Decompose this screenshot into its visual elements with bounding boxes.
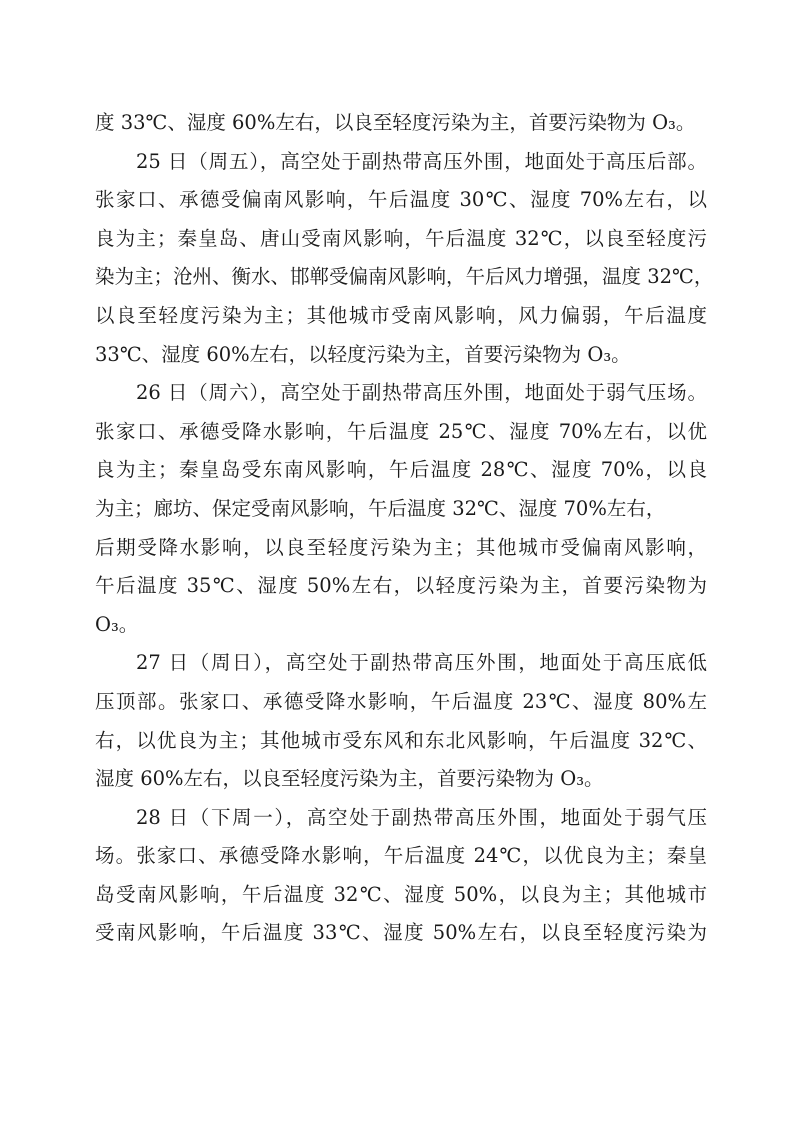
document-page: 度 33℃、湿度 60%左右，以良至轻度污染为主，首要污染物为 O₃。 25 日… (0, 0, 793, 1122)
text-line: 度 33℃、湿度 60%左右，以良至轻度污染为主，首要污染物为 O₃。 (95, 104, 707, 143)
text-line: 27 日（周日），高空处于副热带高压外围，地面处于高压底低 (95, 644, 707, 683)
text-line: 28 日（下周一），高空处于副热带高压外围，地面处于弱气压 (95, 799, 707, 838)
text-line: 良为主；秦皇岛、唐山受南风影响，午后温度 32℃，以良至轻度污 (95, 220, 707, 259)
paragraph-day-28: 28 日（下周一），高空处于副热带高压外围，地面处于弱气压 场。张家口、承德受降… (95, 799, 707, 953)
text-line: 张家口、承德受降水影响，午后温度 25℃、湿度 70%左右，以优 (95, 413, 707, 452)
text-line: 受南风影响，午后温度 33℃、湿度 50%左右，以良至轻度污染为 (95, 914, 707, 953)
text-line: 以良至轻度污染为主；其他城市受南风影响，风力偏弱，午后温度 (95, 297, 707, 336)
paragraph-day-26: 26 日（周六），高空处于副热带高压外围，地面处于弱气压场。 张家口、承德受降水… (95, 374, 707, 644)
paragraph-day-25: 25 日（周五），高空处于副热带高压外围，地面处于高压后部。 张家口、承德受偏南… (95, 143, 707, 375)
text-line: 压顶部。张家口、承德受降水影响，午后温度 23℃、湿度 80%左 (95, 683, 707, 722)
text-line: 湿度 60%左右，以良至轻度污染为主，首要污染物为 O₃。 (95, 760, 707, 799)
paragraph-continuation: 度 33℃、湿度 60%左右，以良至轻度污染为主，首要污染物为 O₃。 (95, 104, 707, 143)
text-line: 良为主；秦皇岛受东南风影响，午后温度 28℃、湿度 70%，以良 (95, 451, 707, 490)
text-line: 右，以优良为主；其他城市受东风和东北风影响，午后温度 32℃、 (95, 722, 707, 761)
text-line: 场。张家口、承德受降水影响，午后温度 24℃，以优良为主；秦皇 (95, 837, 707, 876)
text-line: 25 日（周五），高空处于副热带高压外围，地面处于高压后部。 (95, 143, 707, 182)
text-line: 张家口、承德受偏南风影响，午后温度 30℃、湿度 70%左右，以 (95, 181, 707, 220)
text-line: 午后温度 35℃、湿度 50%左右，以轻度污染为主，首要污染物为 (95, 567, 707, 606)
document-body: 度 33℃、湿度 60%左右，以良至轻度污染为主，首要污染物为 O₃。 25 日… (95, 104, 707, 953)
text-line: O₃。 (95, 606, 707, 645)
text-line: 26 日（周六），高空处于副热带高压外围，地面处于弱气压场。 (95, 374, 707, 413)
text-line: 后期受降水影响，以良至轻度污染为主；其他城市受偏南风影响， (95, 529, 707, 568)
text-line: 染为主；沧州、衡水、邯郸受偏南风影响，午后风力增强，温度 32℃， (95, 258, 707, 297)
text-line: 为主；廊坊、保定受南风影响，午后温度 32℃、湿度 70%左右， (95, 490, 707, 529)
text-line: 33℃、湿度 60%左右，以轻度污染为主，首要污染物为 O₃。 (95, 336, 707, 375)
paragraph-day-27: 27 日（周日），高空处于副热带高压外围，地面处于高压底低 压顶部。张家口、承德… (95, 644, 707, 798)
text-line: 岛受南风影响，午后温度 32℃、湿度 50%，以良为主；其他城市 (95, 876, 707, 915)
